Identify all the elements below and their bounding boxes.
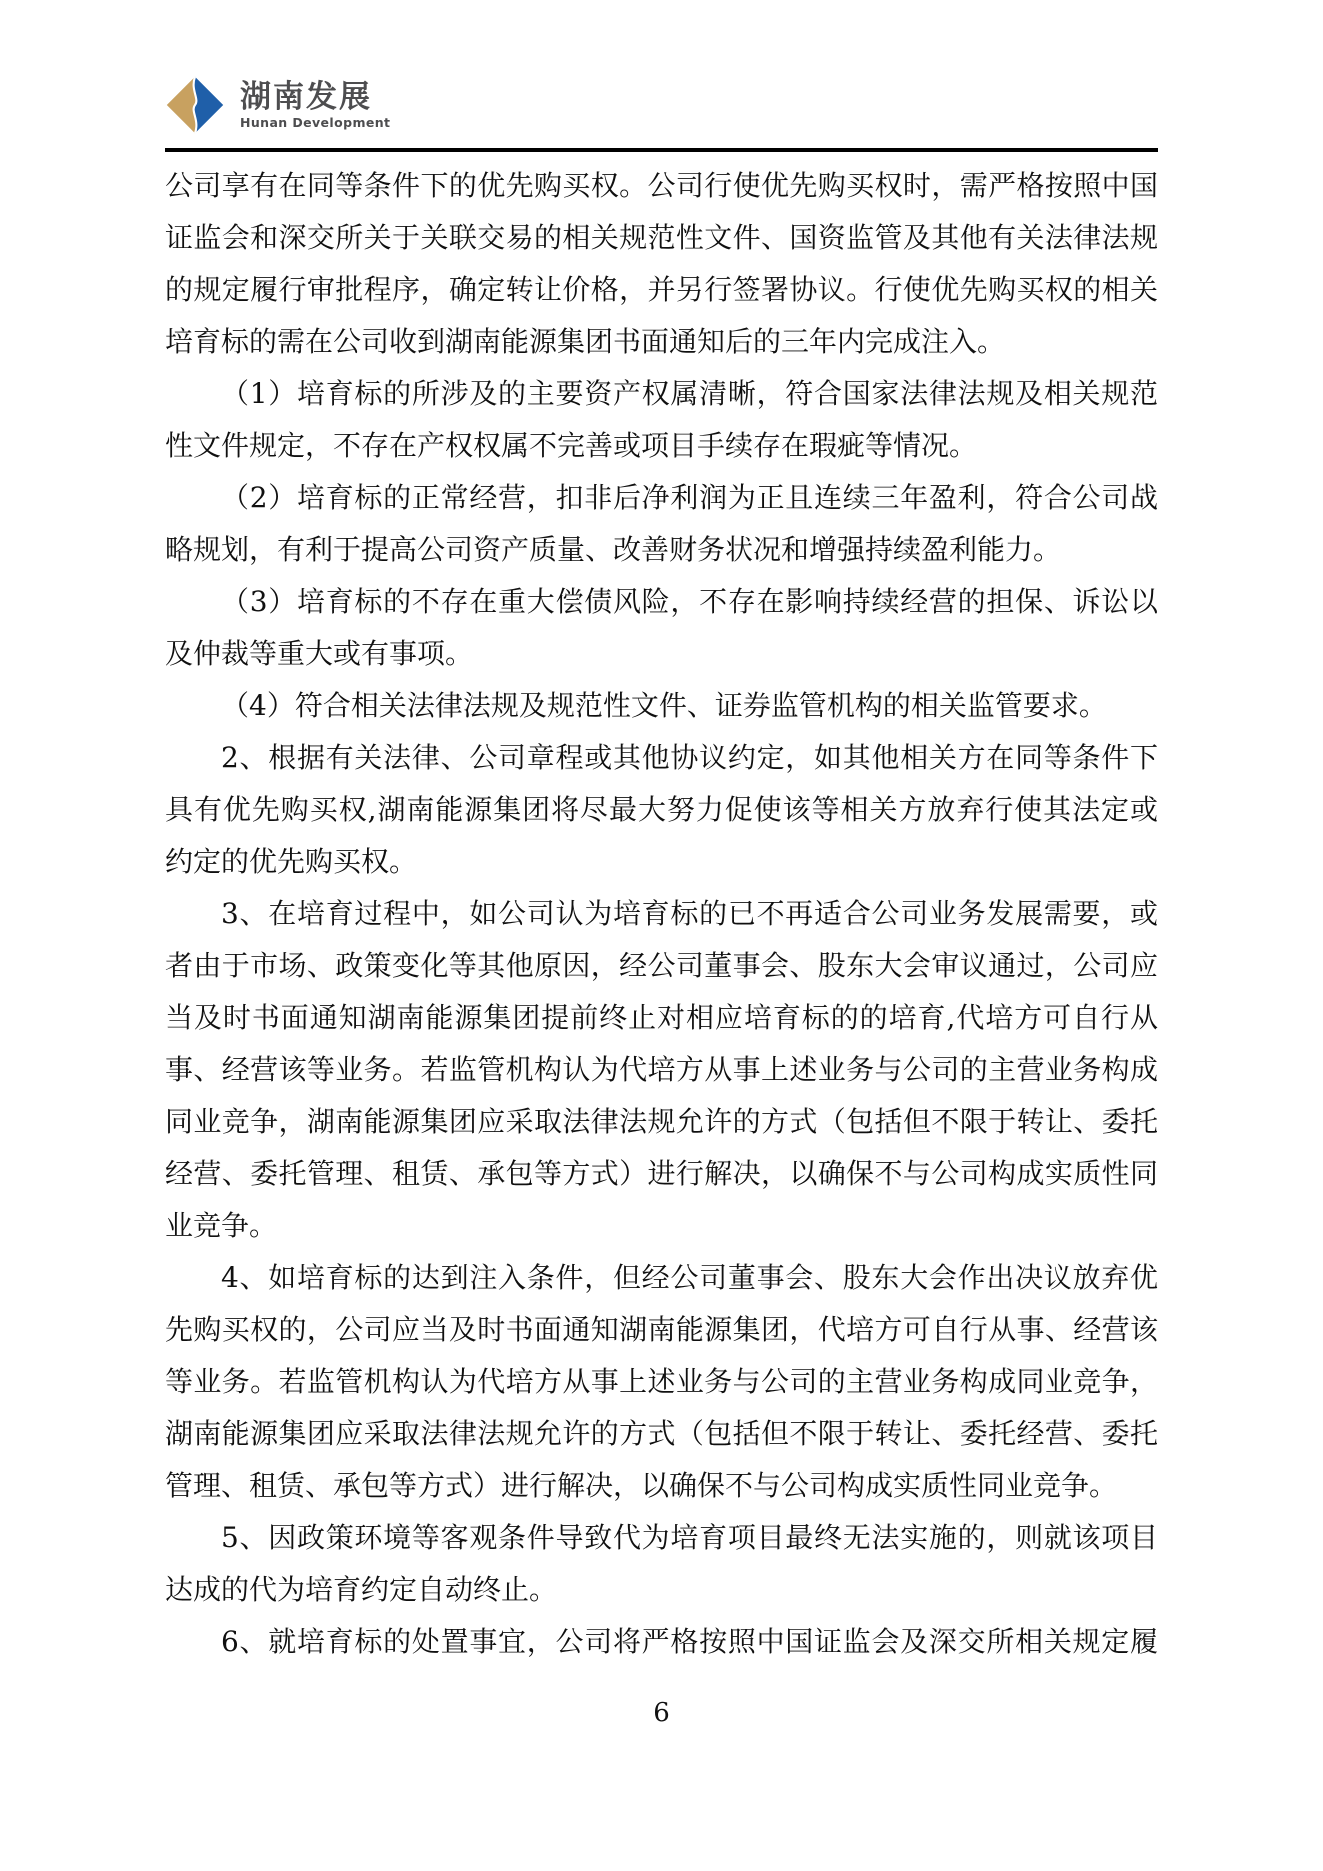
paragraph: （2）培育标的正常经营，扣非后净利润为正且连续三年盈利，符合公司战略规划，有利于… [165,472,1158,576]
paragraph: 公司享有在同等条件下的优先购买权。公司行使优先购买权时，需严格按照中国证监会和深… [165,160,1158,368]
header-rule [165,148,1158,152]
text-line: 达成的代为培育约定自动终止。 [165,1564,1158,1616]
text-line: 先购买权的，公司应当及时书面通知湖南能源集团，代培方可自行从事、经营该 [165,1304,1158,1356]
text-line: （4）符合相关法律法规及规范性文件、证券监管机构的相关监管要求。 [165,680,1158,732]
text-line: 业竞争。 [165,1200,1158,1252]
text-line: 性文件规定，不存在产权权属不完善或项目手续存在瑕疵等情况。 [165,420,1158,472]
text-line: 培育标的需在公司收到湖南能源集团书面通知后的三年内完成注入。 [165,316,1158,368]
text-line: 经营、委托管理、租赁、承包等方式）进行解决，以确保不与公司构成实质性同 [165,1148,1158,1200]
text-line: （2）培育标的正常经营，扣非后净利润为正且连续三年盈利，符合公司战 [165,472,1158,524]
brand-logo-icon [165,74,225,136]
document-body: 公司享有在同等条件下的优先购买权。公司行使优先购买权时，需严格按照中国证监会和深… [165,160,1158,1668]
text-line: 证监会和深交所关于关联交易的相关规范性文件、国资监管及其他有关法律法规 [165,212,1158,264]
page-number: 6 [0,1698,1323,1728]
text-line: 略规划，有利于提高公司资产质量、改善财务状况和增强持续盈利能力。 [165,524,1158,576]
text-line: 2、根据有关法律、公司章程或其他协议约定，如其他相关方在同等条件下 [165,732,1158,784]
text-line: 5、因政策环境等客观条件导致代为培育项目最终无法实施的，则就该项目 [165,1512,1158,1564]
text-line: 管理、租赁、承包等方式）进行解决，以确保不与公司构成实质性同业竞争。 [165,1460,1158,1512]
brand-text: 湖南发展 Hunan Development [240,80,390,130]
text-line: 同业竞争，湖南能源集团应采取法律法规允许的方式（包括但不限于转让、委托 [165,1096,1158,1148]
page-header: 湖南发展 Hunan Development [165,72,1158,138]
text-line: 公司享有在同等条件下的优先购买权。公司行使优先购买权时，需严格按照中国 [165,160,1158,212]
text-line: 的规定履行审批程序，确定转让价格，并另行签署协议。行使优先购买权的相关 [165,264,1158,316]
text-line: 事、经营该等业务。若监管机构认为代培方从事上述业务与公司的主营业务构成 [165,1044,1158,1096]
paragraph: （4）符合相关法律法规及规范性文件、证券监管机构的相关监管要求。 [165,680,1158,732]
paragraph: （1）培育标的所涉及的主要资产权属清晰，符合国家法律法规及相关规范性文件规定，不… [165,368,1158,472]
paragraph: 5、因政策环境等客观条件导致代为培育项目最终无法实施的，则就该项目达成的代为培育… [165,1512,1158,1616]
brand-logo: 湖南发展 Hunan Development [165,72,1158,138]
text-line: 3、在培育过程中，如公司认为培育标的已不再适合公司业务发展需要，或 [165,888,1158,940]
paragraph: 6、就培育标的处置事宜，公司将严格按照中国证监会及深交所相关规定履 [165,1616,1158,1668]
text-line: 当及时书面通知湖南能源集团提前终止对相应培育标的的培育,代培方可自行从 [165,992,1158,1044]
text-line: 约定的优先购买权。 [165,836,1158,888]
brand-name-english: Hunan Development [240,115,390,130]
paragraph: 3、在培育过程中，如公司认为培育标的已不再适合公司业务发展需要，或者由于市场、政… [165,888,1158,1252]
text-line: 及仲裁等重大或有事项。 [165,628,1158,680]
document-page: 湖南发展 Hunan Development 公司享有在同等条件下的优先购买权。… [0,0,1323,1871]
text-line: 等业务。若监管机构认为代培方从事上述业务与公司的主营业务构成同业竞争， [165,1356,1158,1408]
text-line: （3）培育标的不存在重大偿债风险，不存在影响持续经营的担保、诉讼以 [165,576,1158,628]
text-line: 者由于市场、政策变化等其他原因，经公司董事会、股东大会审议通过，公司应 [165,940,1158,992]
paragraph: 4、如培育标的达到注入条件，但经公司董事会、股东大会作出决议放弃优先购买权的，公… [165,1252,1158,1512]
text-line: 具有优先购买权,湖南能源集团将尽最大努力促使该等相关方放弃行使其法定或 [165,784,1158,836]
text-line: （1）培育标的所涉及的主要资产权属清晰，符合国家法律法规及相关规范 [165,368,1158,420]
brand-name-chinese: 湖南发展 [240,80,390,114]
paragraph: 2、根据有关法律、公司章程或其他协议约定，如其他相关方在同等条件下具有优先购买权… [165,732,1158,888]
text-line: 4、如培育标的达到注入条件，但经公司董事会、股东大会作出决议放弃优 [165,1252,1158,1304]
text-line: 6、就培育标的处置事宜，公司将严格按照中国证监会及深交所相关规定履 [165,1616,1158,1668]
text-line: 湖南能源集团应采取法律法规允许的方式（包括但不限于转让、委托经营、委托 [165,1408,1158,1460]
paragraph: （3）培育标的不存在重大偿债风险，不存在影响持续经营的担保、诉讼以及仲裁等重大或… [165,576,1158,680]
